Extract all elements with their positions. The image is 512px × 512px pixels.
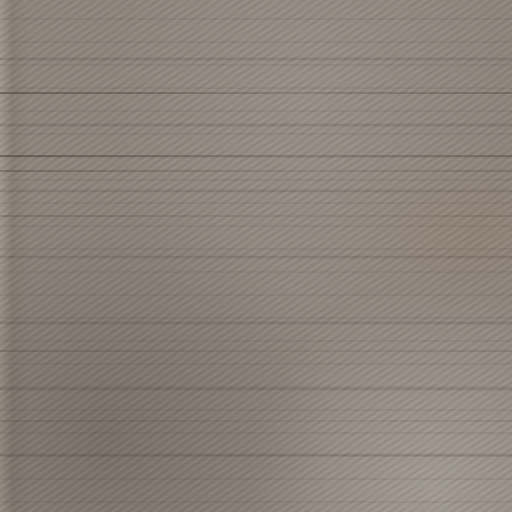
streak-line [0,215,512,217]
streak-line [0,420,512,422]
fiber-pattern [0,0,512,512]
streak-line [0,350,512,352]
streak-line [0,92,512,94]
streak-line [0,155,512,157]
streak-line [0,170,512,172]
